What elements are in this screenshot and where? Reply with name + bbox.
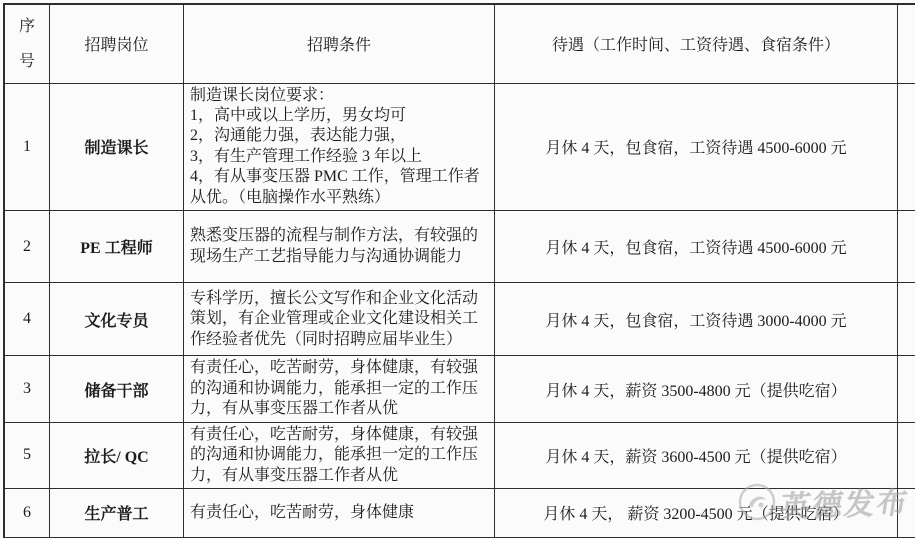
cell-position: 拉长/ QC [50,422,184,488]
cell-benefits: 月休 4 天，薪资 3500-4800 元（提供吃宿） [495,356,898,422]
header-position: 招聘岗位 [50,4,184,83]
cell-conditions: 制造课长岗位要求： 1，高中或以上学历，男女均可 2，沟通能力强，表达能力强， … [184,83,495,211]
cell-position: PE 工程师 [50,211,184,283]
cell-quantity: 5 [898,422,915,488]
header-benefits: 待遇（工作时间、工资待遇、食宿条件） [495,4,898,83]
table-row: 3 储备干部 有责任心，吃苦耐劳，身体健康，有较强的沟通和协调能力，能承担一定的… [4,356,915,422]
cell-position: 储备干部 [50,356,184,422]
cell-serial-number: 1 [4,83,50,211]
cell-quantity: 2 [898,356,915,422]
cell-conditions: 专科学历，擅长公文写作和企业文化活动策划，有企业管理或企业文化建设相关工作经验者… [184,283,495,356]
cell-serial-number: 6 [4,489,50,538]
table-row: 6 生产普工 有责任心，吃苦耐劳，身体健康 月休 4 天， 薪资 3200-45… [4,489,915,538]
cell-conditions: 熟悉变压器的流程与制作方法，有较强的现场生产工艺指导能力与沟通协调能力 [184,211,495,283]
cell-position: 生产普工 [50,489,184,538]
header-conditions: 招聘条件 [184,4,495,83]
table-row: 2 PE 工程师 熟悉变压器的流程与制作方法，有较强的现场生产工艺指导能力与沟通… [4,211,915,283]
cell-conditions: 有责任心，吃苦耐劳，身体健康 [184,489,495,538]
cell-benefits: 月休 4 天，薪资 3600-4500 元（提供吃宿） [495,422,898,488]
cell-serial-number: 2 [4,211,50,283]
header-serial-number: 序 号 [4,4,50,83]
cell-benefits: 月休 4 天，包食宿，工资待遇 4500-6000 元 [495,211,898,283]
recruitment-table: 序 号 招聘岗位 招聘条件 待遇（工作时间、工资待遇、食宿条件） 数量 1 制造… [3,3,915,538]
cell-quantity: 1 [898,283,915,356]
table-row: 5 拉长/ QC 有责任心，吃苦耐劳，身体健康，有较强的沟通和协调能力，能承担一… [4,422,915,488]
cell-serial-number: 4 [4,283,50,356]
cell-quantity: 多名 [898,489,915,538]
cell-benefits: 月休 4 天， 薪资 3200-4500 元（提供吃宿） [495,489,898,538]
cell-benefits: 月休 4 天，包食宿，工资待遇 4500-6000 元 [495,83,898,211]
table-header-row: 序 号 招聘岗位 招聘条件 待遇（工作时间、工资待遇、食宿条件） 数量 [4,4,915,83]
cell-position: 文化专员 [50,283,184,356]
table-row: 4 文化专员 专科学历，擅长公文写作和企业文化活动策划，有企业管理或企业文化建设… [4,283,915,356]
recruitment-table-page: 序 号 招聘岗位 招聘条件 待遇（工作时间、工资待遇、食宿条件） 数量 1 制造… [0,0,915,538]
table-row: 1 制造课长 制造课长岗位要求： 1，高中或以上学历，男女均可 2，沟通能力强，… [4,83,915,211]
cell-serial-number: 5 [4,422,50,488]
cell-position: 制造课长 [50,83,184,211]
cell-serial-number: 3 [4,356,50,422]
cell-quantity: 1 [898,211,915,283]
cell-conditions: 有责任心，吃苦耐劳，身体健康，有较强的沟通和协调能力，能承担一定的工作压力，有从… [184,422,495,488]
cell-quantity: 1 [898,83,915,211]
cell-conditions: 有责任心，吃苦耐劳，身体健康，有较强的沟通和协调能力，能承担一定的工作压力，有从… [184,356,495,422]
cell-benefits: 月休 4 天，包食宿，工资待遇 3000-4000 元 [495,283,898,356]
header-quantity: 数量 [898,4,915,83]
